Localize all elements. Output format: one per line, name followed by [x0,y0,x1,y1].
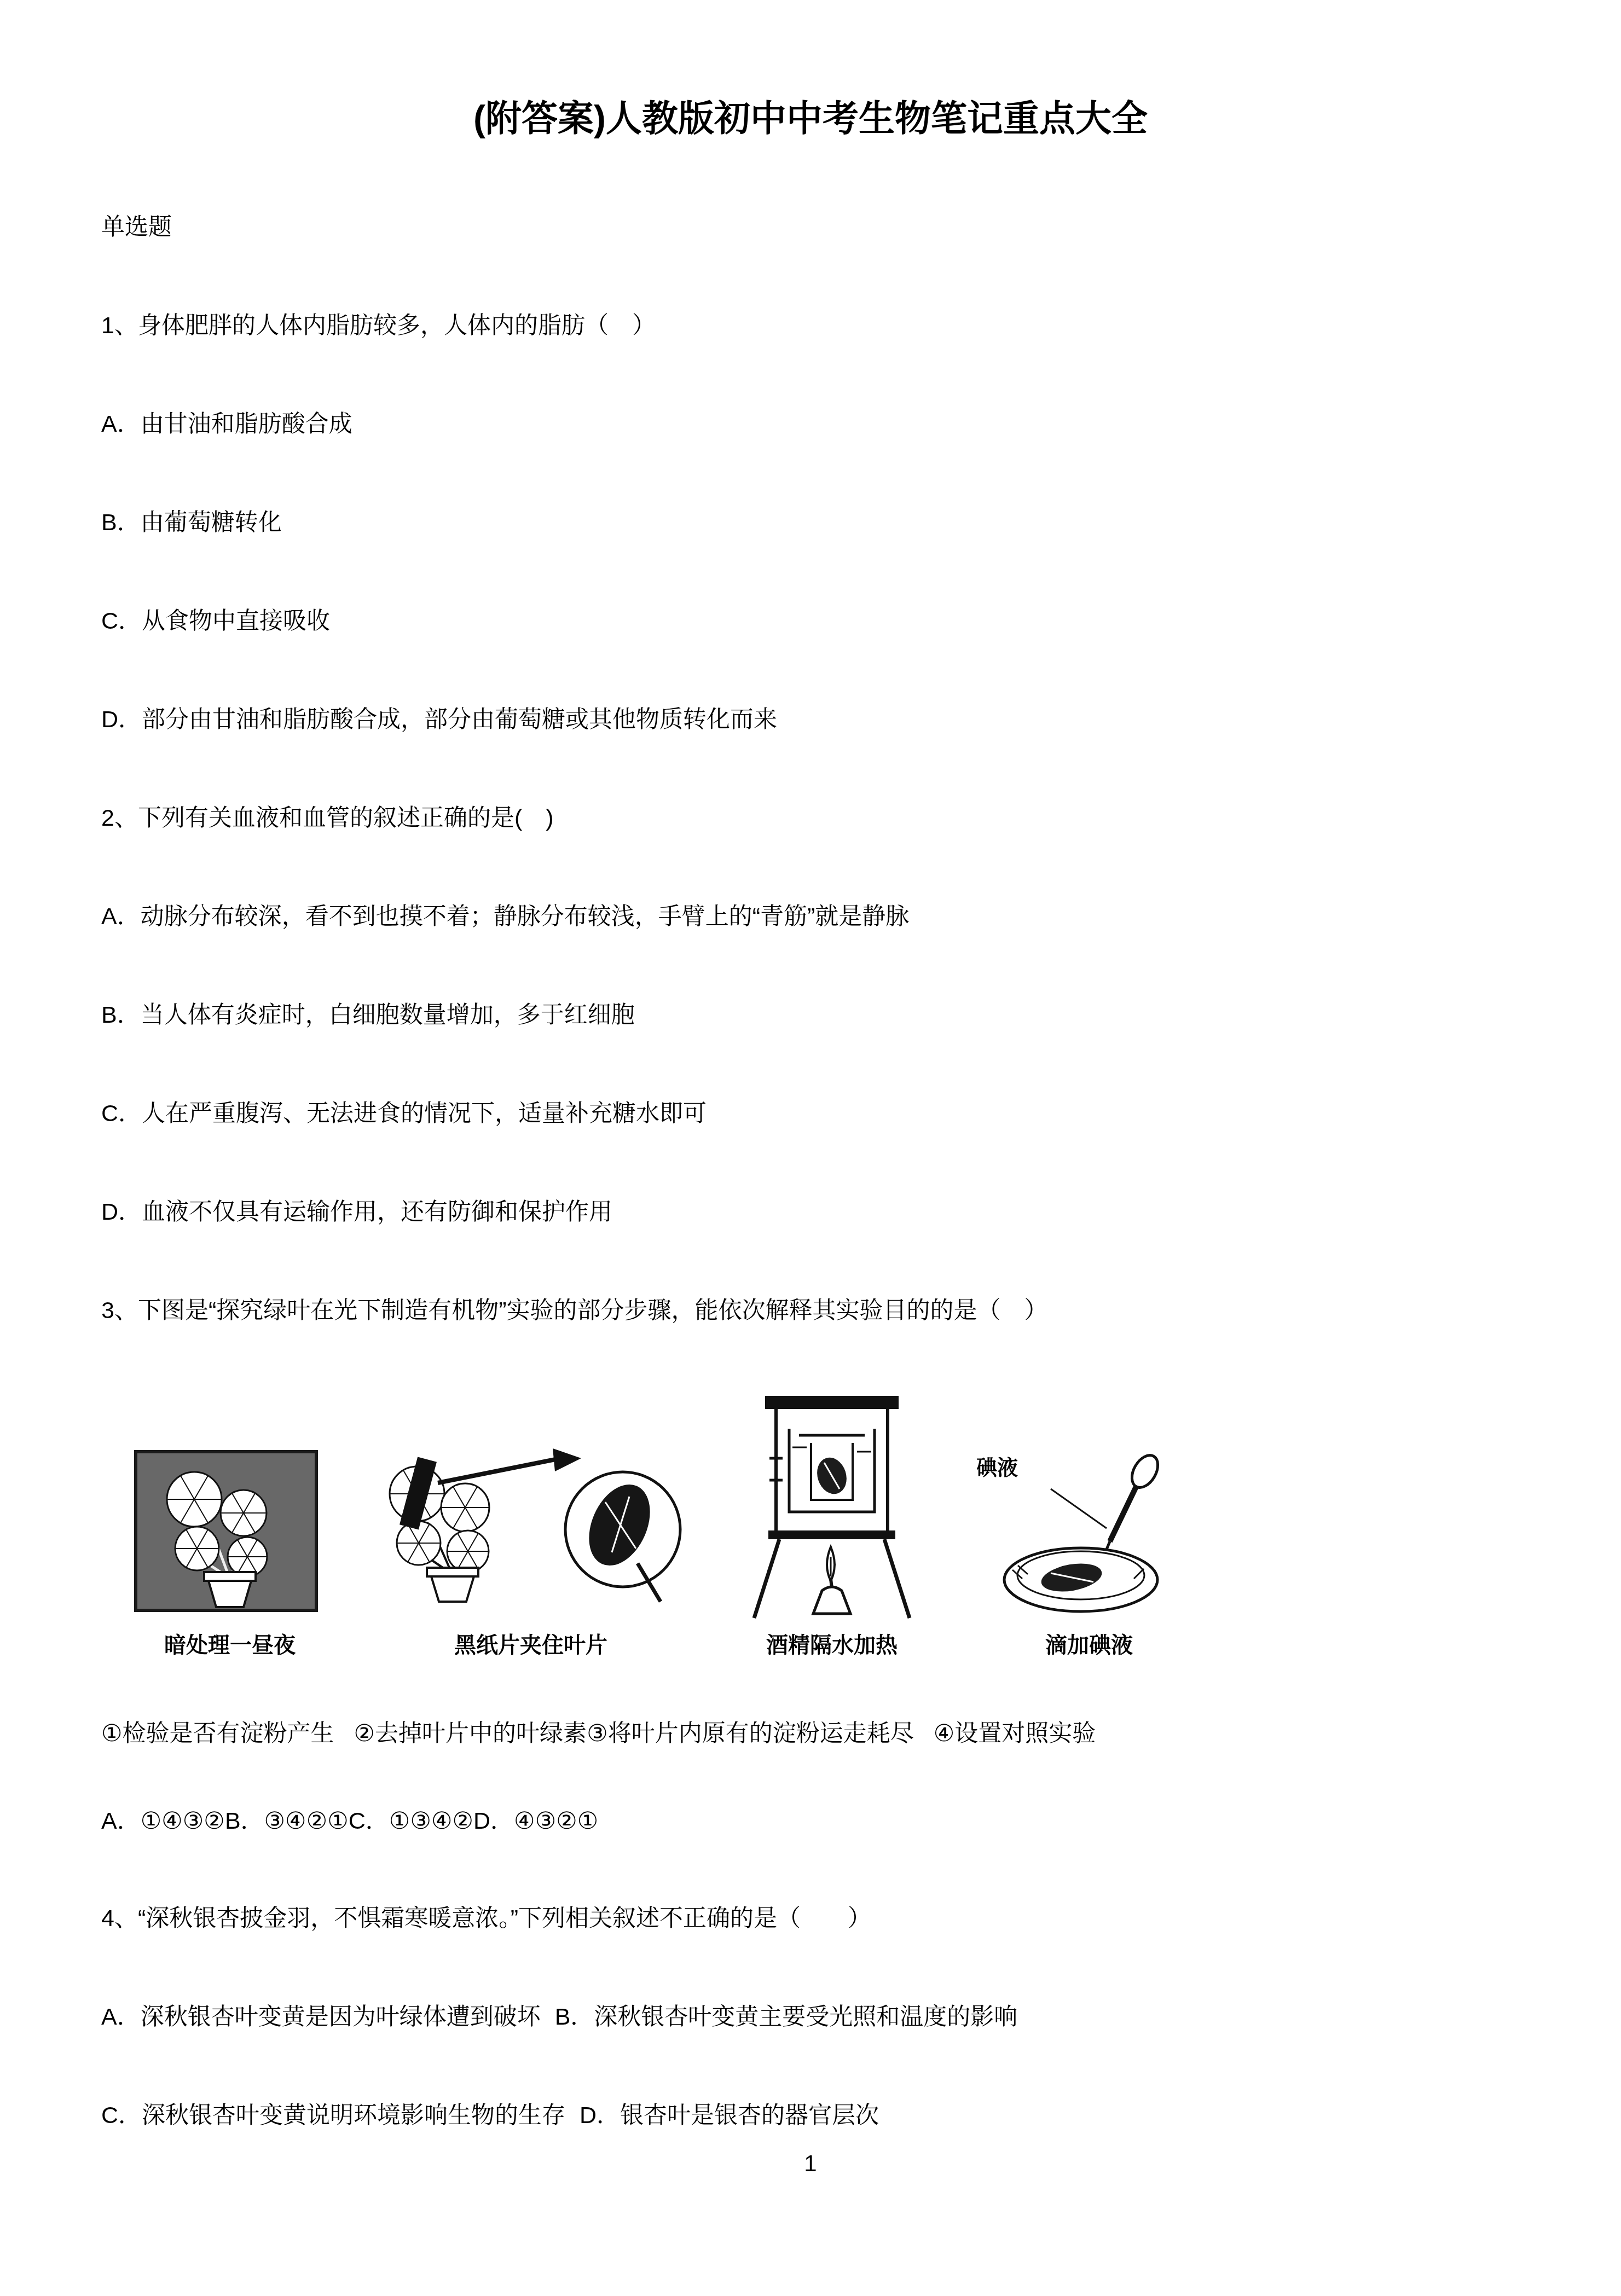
question-4-stem: 4、“深秋银杏披金羽，不惧霜寒暖意浓。”下列相关叙述不正确的是（ ） [101,1902,1520,1935]
dark-treatment-panel: 暗处理一昼夜 [131,1447,328,1659]
cover-leaf-panel: 黑纸片夹住叶片 [367,1436,695,1659]
experiment-steps-figure: 暗处理一昼夜 [131,1393,1520,1659]
experiment-purpose-clues: ①检验是否有淀粉产生②去掉叶片中的叶绿素③将叶片内原有的淀粉运走耗尽④设置对照实… [101,1717,1520,1750]
clue-3: ③将叶片内原有的淀粉运走耗尽 [587,1720,914,1747]
question-2-option-a: A．动脉分布较深，看不到也摸不着；静脉分布较浅，手臂上的“青筋”就是静脉 [101,900,1520,933]
alcohol-heating-caption: 酒精隔水加热 [766,1628,898,1659]
question-2-option-d: D．血液不仅具有运输作用，还有防御和保护作用 [101,1196,1520,1228]
clue-4: ④设置对照实验 [934,1720,1096,1747]
answer-choice-c: C．①③④② [349,1808,473,1834]
question-4-options-row-1: A．深秋银杏叶变黄是因为叶绿体遭到破坏B．深秋银杏叶变黄主要受光照和温度的影响 [101,2001,1520,2033]
question-1-stem: 1、身体肥胖的人体内脂肪较多，人体内的脂肪（ ） [101,309,1520,342]
section-label: 单选题 [101,211,1520,243]
question-4-option-b: B．深秋银杏叶变黄主要受光照和温度的影响 [555,2004,1018,2030]
alcohol-heating-illustration [733,1393,930,1622]
clue-1: ①检验是否有淀粉产生 [101,1720,334,1747]
question-1-option-c: C．从食物中直接吸收 [101,605,1520,637]
page-number: 1 [101,2147,1520,2180]
alcohol-heating-panel: 酒精隔水加热 [733,1393,930,1659]
dark-treatment-illustration [131,1447,328,1622]
question-2-stem: 2、下列有关血液和血管的叙述正确的是( ) [101,802,1520,834]
document-page: (附答案)人教版初中中考生物笔记重点大全 单选题 1、身体肥胖的人体内脂肪较多，… [0,0,1621,2296]
question-2-option-b: B．当人体有炎症时，白细胞数量增加，多于红细胞 [101,999,1520,1031]
dark-treatment-caption: 暗处理一昼夜 [164,1628,296,1659]
answer-choice-d: D．④③②① [473,1808,598,1834]
cover-leaf-caption: 黑纸片夹住叶片 [454,1628,607,1659]
document-title: (附答案)人教版初中中考生物笔记重点大全 [101,93,1520,143]
clue-2: ②去掉叶片中的叶绿素 [354,1720,587,1747]
question-3-stem: 3、下图是“探究绿叶在光下制造有机物”实验的部分步骤，能依次解释其实验目的的是（… [101,1294,1520,1327]
iodine-drop-panel: 碘液 滴加碘液 [969,1436,1209,1659]
question-4-option-d: D．银杏叶是银杏的器官层次 [580,2102,879,2129]
question-2-option-c: C．人在严重腹泻、无法进食的情况下，适量补充糖水即可 [101,1097,1520,1130]
iodine-drop-caption: 滴加碘液 [1045,1628,1133,1659]
question-1-option-b: B．由葡萄糖转化 [101,506,1520,539]
question-4-options-row-2: C．深秋银杏叶变黄说明环境影响生物的生存D．银杏叶是银杏的器官层次 [101,2099,1520,2132]
question-4-option-c: C．深秋银杏叶变黄说明环境影响生物的生存 [101,2102,565,2129]
question-1-option-a: A．由甘油和脂肪酸合成 [101,408,1520,440]
answer-choice-b: B．③④②① [225,1808,349,1834]
answer-choice-a: A．①④③② [101,1808,225,1834]
question-1-option-d: D．部分由甘油和脂肪酸合成，部分由葡萄糖或其他物质转化而来 [101,703,1520,736]
question-4-option-a: A．深秋银杏叶变黄是因为叶绿体遭到破坏 [101,2004,541,2030]
cover-leaf-illustration [367,1436,695,1622]
iodine-label: 碘液 [976,1451,1018,1481]
question-3-answer-choices: A．①④③②B．③④②①C．①③④②D．④③②① [101,1805,1520,1837]
